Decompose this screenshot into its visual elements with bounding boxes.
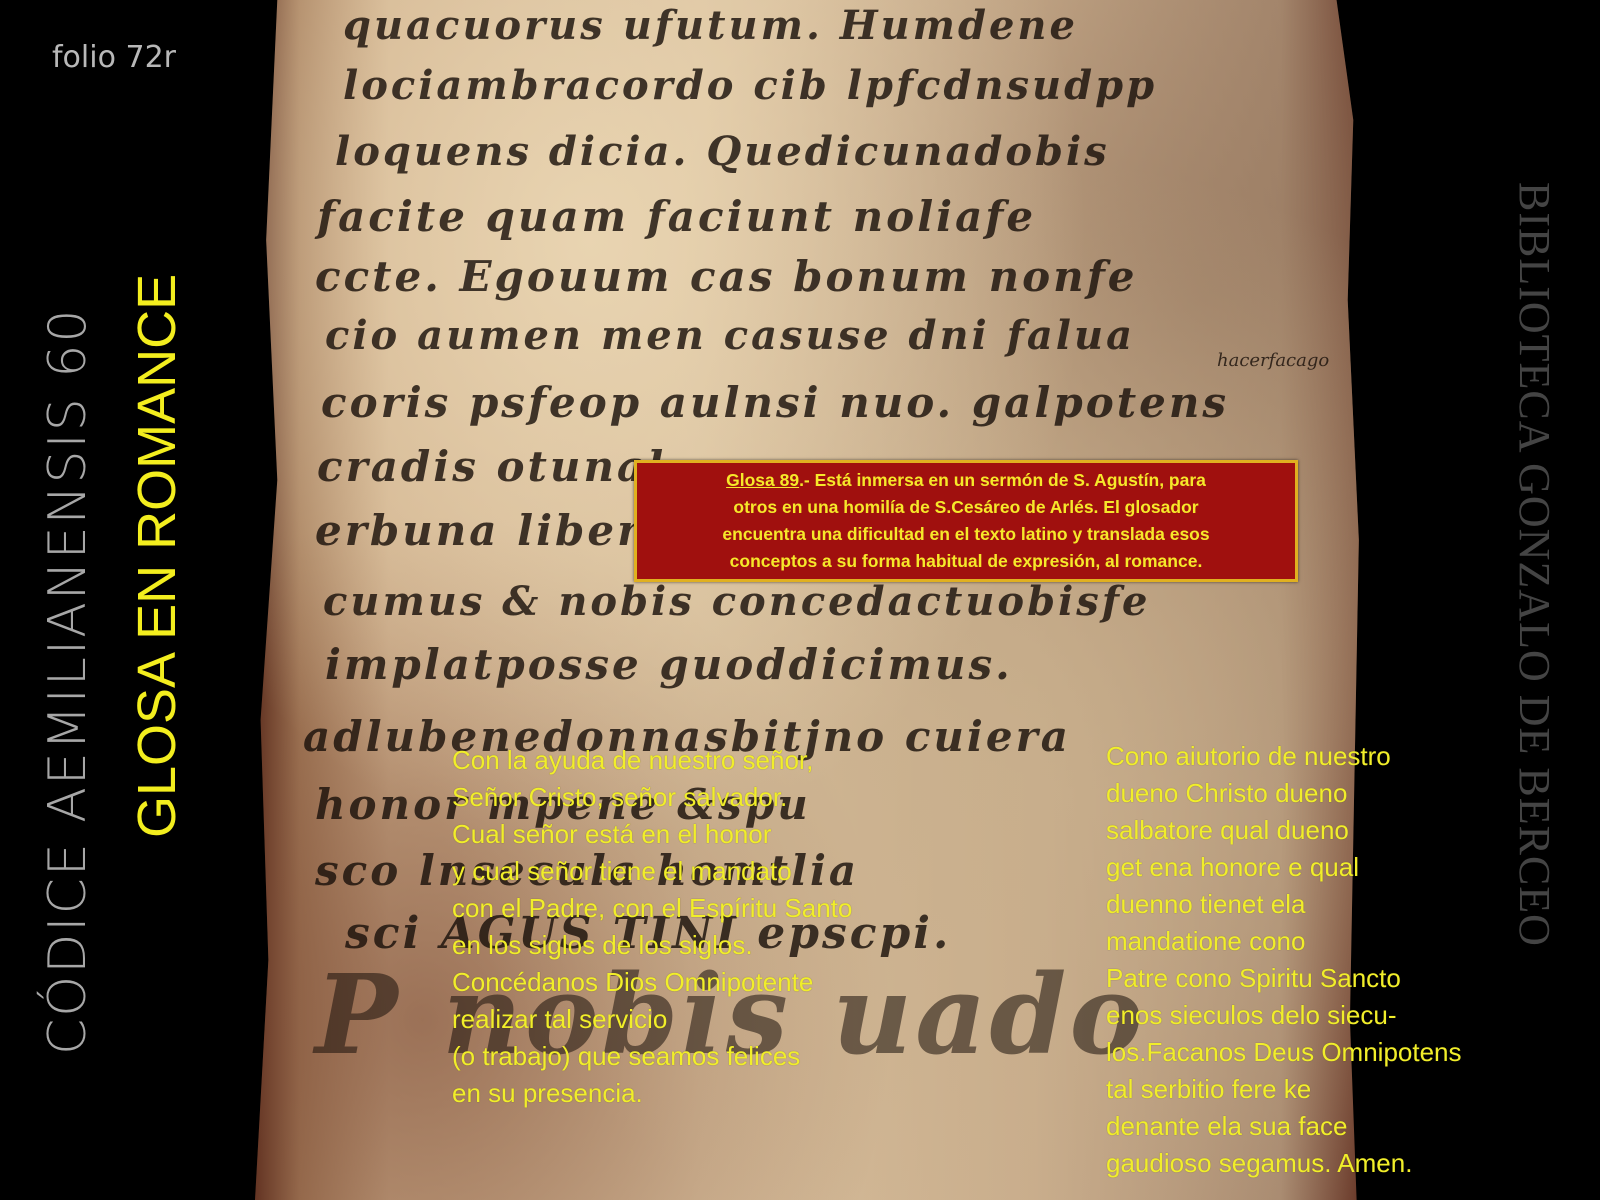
callout-line: conceptos a su forma habitual de expresi… xyxy=(637,548,1295,575)
gloss-line: enos sieculos delo siecu- xyxy=(1106,997,1462,1034)
romance-gloss-text: Cono aiutorio de nuestro dueno Christo d… xyxy=(1106,738,1462,1182)
translation-line: Señor Cristo, señor salvador. xyxy=(452,779,852,816)
callout-text: .- Está inmersa en un sermón de S. Agust… xyxy=(799,470,1206,490)
gloss-line: Cono aiutorio de nuestro xyxy=(1106,738,1462,775)
folio-label: folio 72r xyxy=(52,40,176,75)
translation-line: y cual señor tiene el mandato xyxy=(452,853,852,890)
slide-subtitle: GLOSA EN ROMANCE xyxy=(126,274,188,838)
manuscript-line: loquens dicia. Quedicunadobis xyxy=(335,128,1110,175)
manuscript-line: facite quam faciunt noliafe xyxy=(317,192,1036,241)
manuscript-line: erbuna liber xyxy=(315,506,642,555)
translation-line: Cual señor está en el honor xyxy=(452,816,852,853)
gloss-line: los.Facanos Deus Omnipotens xyxy=(1106,1034,1462,1071)
manuscript-line: ccte. Egouum cas bonum nonfe xyxy=(315,252,1138,301)
library-credit: BIBLIOTECA GONZALO DE BERCEO xyxy=(1509,182,1560,947)
gloss-line: denante ela sua face xyxy=(1106,1108,1462,1145)
translation-line: realizar tal servicio xyxy=(452,1001,852,1038)
gloss-line: tal serbitio fere ke xyxy=(1106,1071,1462,1108)
gloss-line: Patre cono Spiritu Sancto xyxy=(1106,960,1462,997)
gloss-line: dueno Christo dueno xyxy=(1106,775,1462,812)
translation-line: con el Padre, con el Espíritu Santo xyxy=(452,890,852,927)
manuscript-line: coris psfeop aulnsi nuo. galpotens xyxy=(321,378,1229,427)
manuscript-line: cumus & nobis concedactuobisfe xyxy=(323,578,1150,625)
marginal-note: hacerfacago xyxy=(1217,350,1329,371)
translation-line: (o trabajo) que seamos felices xyxy=(452,1038,852,1075)
translation-line: en su presencia. xyxy=(452,1075,852,1112)
manuscript-line: lociambracordo cib lpfcdnsudpp xyxy=(343,62,1157,109)
translation-line: Concédanos Dios Omnipotente xyxy=(452,964,852,1001)
translation-line: Con la ayuda de nuestro señor, xyxy=(452,742,852,779)
gloss-reference-link[interactable]: Glosa 89 xyxy=(726,470,799,490)
gloss-line: get ena honore e qual xyxy=(1106,849,1462,886)
manuscript-line: cio aumen men casuse dni falua xyxy=(325,312,1135,359)
manuscript-line: implatposse guoddicimus. xyxy=(325,640,1013,689)
gloss-line: mandatione cono xyxy=(1106,923,1462,960)
gloss-line: salbatore qual dueno xyxy=(1106,812,1462,849)
callout-line: encuentra una dificultad en el texto lat… xyxy=(637,521,1295,548)
gloss-callout-box: Glosa 89.- Está inmersa en un sermón de … xyxy=(634,460,1298,582)
manuscript-line: quacuorus ufutum. Humdene xyxy=(343,2,1078,49)
gloss-line: duenno tienet ela xyxy=(1106,886,1462,923)
callout-line: Glosa 89.- Está inmersa en un sermón de … xyxy=(637,467,1295,494)
gloss-line: gaudioso segamus. Amen. xyxy=(1106,1145,1462,1182)
spanish-translation: Con la ayuda de nuestro señor, Señor Cri… xyxy=(452,742,852,1112)
translation-line: en los siglos de los siglos. xyxy=(452,927,852,964)
codex-title: CÓDICE AEMILIANENSIS 60 xyxy=(38,307,98,1055)
callout-line: otros en una homilía de S.Cesáreo de Arl… xyxy=(637,494,1295,521)
manuscript-line: cradis otunal xyxy=(317,442,666,491)
